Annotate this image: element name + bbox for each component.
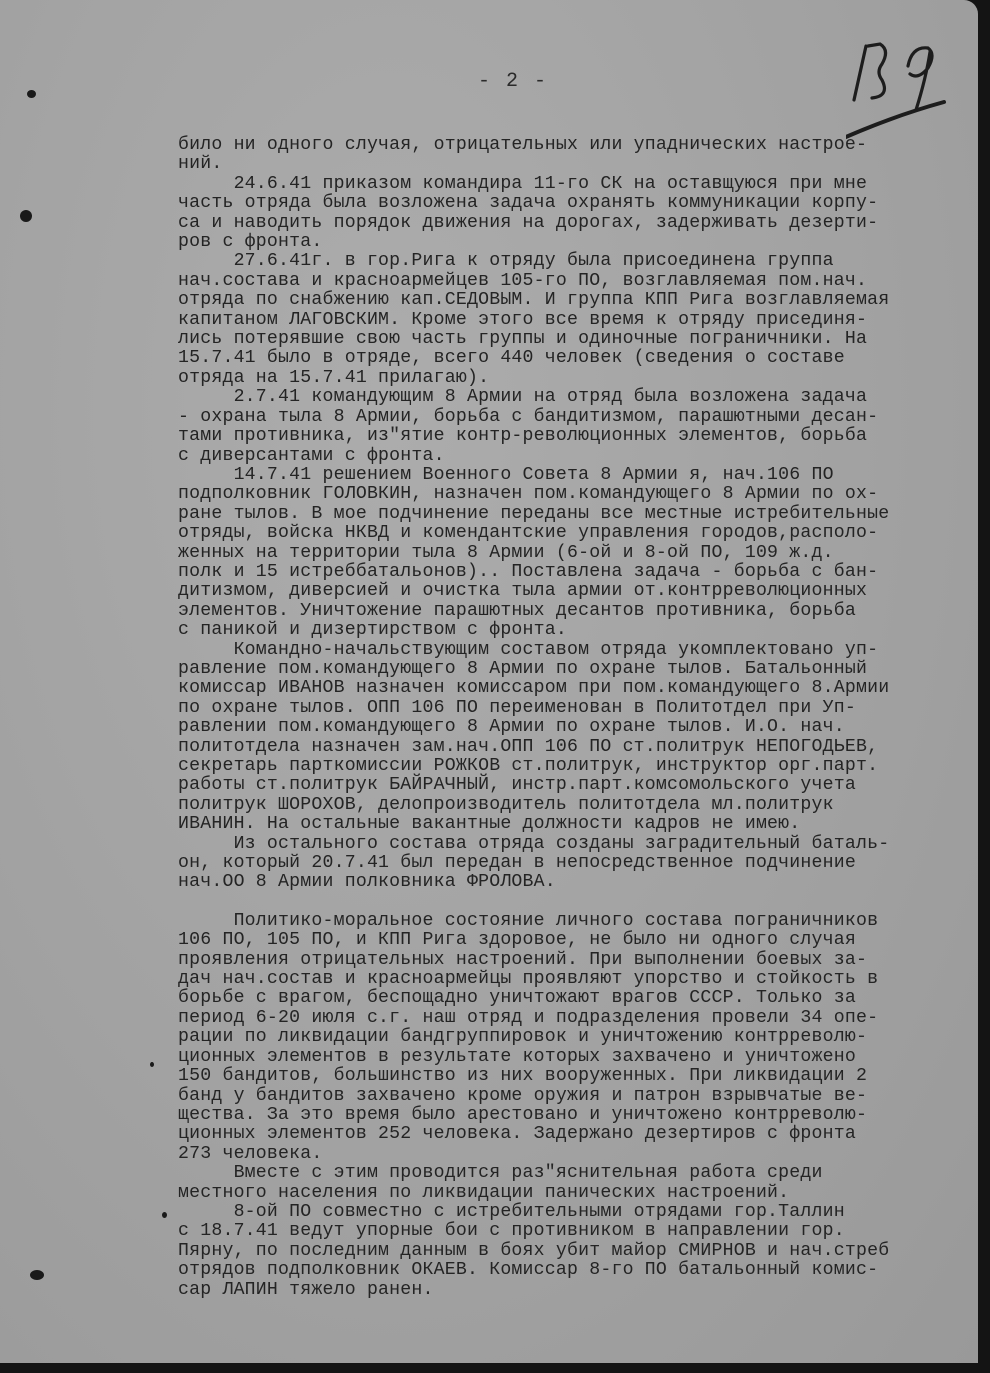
text-line: лись потерявшие свою часть группы и один… (178, 330, 978, 349)
text-line: Из остального состава отряда созданы заг… (178, 835, 978, 854)
paragraph: Командно-начальствующим составом отряда … (178, 641, 978, 835)
text-line: женных на территории тыла 8 Армии (6-ой … (178, 544, 978, 563)
text-line: нач.ОО 8 Армии полковника ФРОЛОВА. (178, 873, 978, 892)
text-line: комиссар ИВАНОВ назначен комиссаром при … (178, 679, 978, 698)
text-line: отрядов подполковник ОКАЕВ. Комиссар 8-г… (178, 1261, 978, 1280)
text-line: 24.6.41 приказом командира 11-го СК на о… (178, 175, 978, 194)
text-line: часть отряда была возложена задача охран… (178, 194, 978, 213)
text-line: нач.состава и красноармейцев 105-го ПО, … (178, 272, 978, 291)
text-line: ний. (178, 155, 978, 174)
punch-hole-mark (30, 1270, 44, 1280)
text-line: ционных элементов 252 человека. Задержан… (178, 1125, 978, 1144)
text-line: с паникой и дизертирством с фронта. (178, 621, 978, 640)
punch-hole-mark (150, 1062, 154, 1067)
text-line: полк и 15 истреббатальонов).. Поставлена… (178, 563, 978, 582)
text-line: секретарь парткомиссии РОЖКОВ ст.политру… (178, 757, 978, 776)
punch-hole-mark (27, 90, 36, 98)
text-line: подполковник ГОЛОВКИН, назначен пом.кома… (178, 485, 978, 504)
paragraph: Из остального состава отряда созданы заг… (178, 835, 978, 893)
text-line: дитизмом, диверсией и очистка тыла армии… (178, 582, 978, 601)
paragraph: било ни одного случая, отрицательных или… (178, 136, 978, 175)
text-line: отряда на 15.7.41 прилагаю). (178, 369, 978, 388)
text-line: работы ст.политрук БАЙРАЧНЫЙ, инстр.парт… (178, 776, 978, 795)
paragraph: 27.6.41г. в гор.Рига к отряду была присо… (178, 252, 978, 388)
page-number: - 2 - (478, 70, 548, 93)
text-line: с 18.7.41 ведут упорные бои с противнико… (178, 1222, 978, 1241)
text-line: - охрана тыла 8 Армии, борьба с бандитиз… (178, 408, 978, 427)
text-line: ров с фронта. (178, 233, 978, 252)
text-line: 150 бандитов, большинство из них вооруже… (178, 1067, 978, 1086)
paragraph: Политико-моральное состояние личного сос… (178, 912, 978, 1164)
punch-hole-mark (20, 210, 32, 222)
text-line: период 6-20 июля с.г. наш отряд и подраз… (178, 1009, 978, 1028)
text-line: капитаном ЛАГОВСКИМ. Кроме этого все вре… (178, 311, 978, 330)
text-line: с диверсантами с фронта. (178, 447, 978, 466)
text-line: Командно-начальствующим составом отряда … (178, 641, 978, 660)
text-line: 8-ой ПО совместно с истребительными отря… (178, 1203, 978, 1222)
text-line: по охране тылов. ОПП 106 ПО переименован… (178, 699, 978, 718)
paragraph: 2.7.41 командующим 8 Армии на отряд была… (178, 388, 978, 466)
text-line: щества. За это время было арестовано и у… (178, 1106, 978, 1125)
text-line: банд у бандитов захвачено кроме оружия и… (178, 1087, 978, 1106)
punch-hole-mark (162, 1212, 167, 1218)
text-line: ране тылов. В мое подчинение переданы вс… (178, 505, 978, 524)
text-line: 2.7.41 командующим 8 Армии на отряд была… (178, 388, 978, 407)
text-line: ИВАНИН. На остальные вакантные должности… (178, 815, 978, 834)
paragraph: 14.7.41 решением Военного Совета 8 Армии… (178, 466, 978, 641)
text-line: било ни одного случая, отрицательных или… (178, 136, 978, 155)
text-line: равление пом.командующего 8 Армии по охр… (178, 660, 978, 679)
text-line: Вместе с этим проводится раз"яснительная… (178, 1164, 978, 1183)
paragraph: Вместе с этим проводится раз"яснительная… (178, 1164, 978, 1203)
text-line: Политико-моральное состояние личного сос… (178, 912, 978, 931)
document-body: било ни одного случая, отрицательных или… (178, 136, 978, 1300)
text-line: 14.7.41 решением Военного Совета 8 Армии… (178, 466, 978, 485)
text-line: отряды, войска НКВД и комендантские упра… (178, 524, 978, 543)
text-line: 27.6.41г. в гор.Рига к отряду была присо… (178, 252, 978, 271)
text-line: са и наводить порядок движения на дорога… (178, 214, 978, 233)
paragraph: 8-ой ПО совместно с истребительными отря… (178, 1203, 978, 1300)
text-line: 106 ПО, 105 ПО, и КПП Рига здоровое, не … (178, 931, 978, 950)
text-line: элементов. Уничтожение парашютных десант… (178, 602, 978, 621)
text-line: отряда по снабжению кап.СЕДОВЫМ. И групп… (178, 291, 978, 310)
text-line: Пярну, по последним данным в боях убит м… (178, 1242, 978, 1261)
text-line: ционных элементов в результате которых з… (178, 1048, 978, 1067)
handwritten-folio-number: 139 (846, 38, 966, 148)
text-line: дач нач.состав и красноармейцы проявляют… (178, 970, 978, 989)
text-line: сар ЛАПИН тяжело ранен. (178, 1281, 978, 1300)
text-line: 15.7.41 было в отряде, всего 440 человек… (178, 349, 978, 368)
paragraph: 24.6.41 приказом командира 11-го СК на о… (178, 175, 978, 253)
text-line: тами противника, из"ятие контр-революцио… (178, 427, 978, 446)
text-line: местного населения по ликвидации паничес… (178, 1184, 978, 1203)
text-line: рации по ликвидации бандгруппировок и ун… (178, 1028, 978, 1047)
text-line: он, который 20.7.41 был передан в непоср… (178, 854, 978, 873)
text-line: политотдела назначен зам.нач.ОПП 106 ПО … (178, 738, 978, 757)
paragraph-gap (178, 893, 978, 912)
text-line: политрук ШОРОХОВ, делопроизводитель поли… (178, 796, 978, 815)
text-line: проявления отрицательных настроений. При… (178, 951, 978, 970)
text-line: борьбе с врагом, беспощадно уничтожают в… (178, 989, 978, 1008)
text-line: равлении пом.командующего 8 Армии по охр… (178, 718, 978, 737)
document-page: - 2 - 139 било ни одного случая, отрицат… (0, 0, 978, 1363)
text-line: 273 человека. (178, 1145, 978, 1164)
